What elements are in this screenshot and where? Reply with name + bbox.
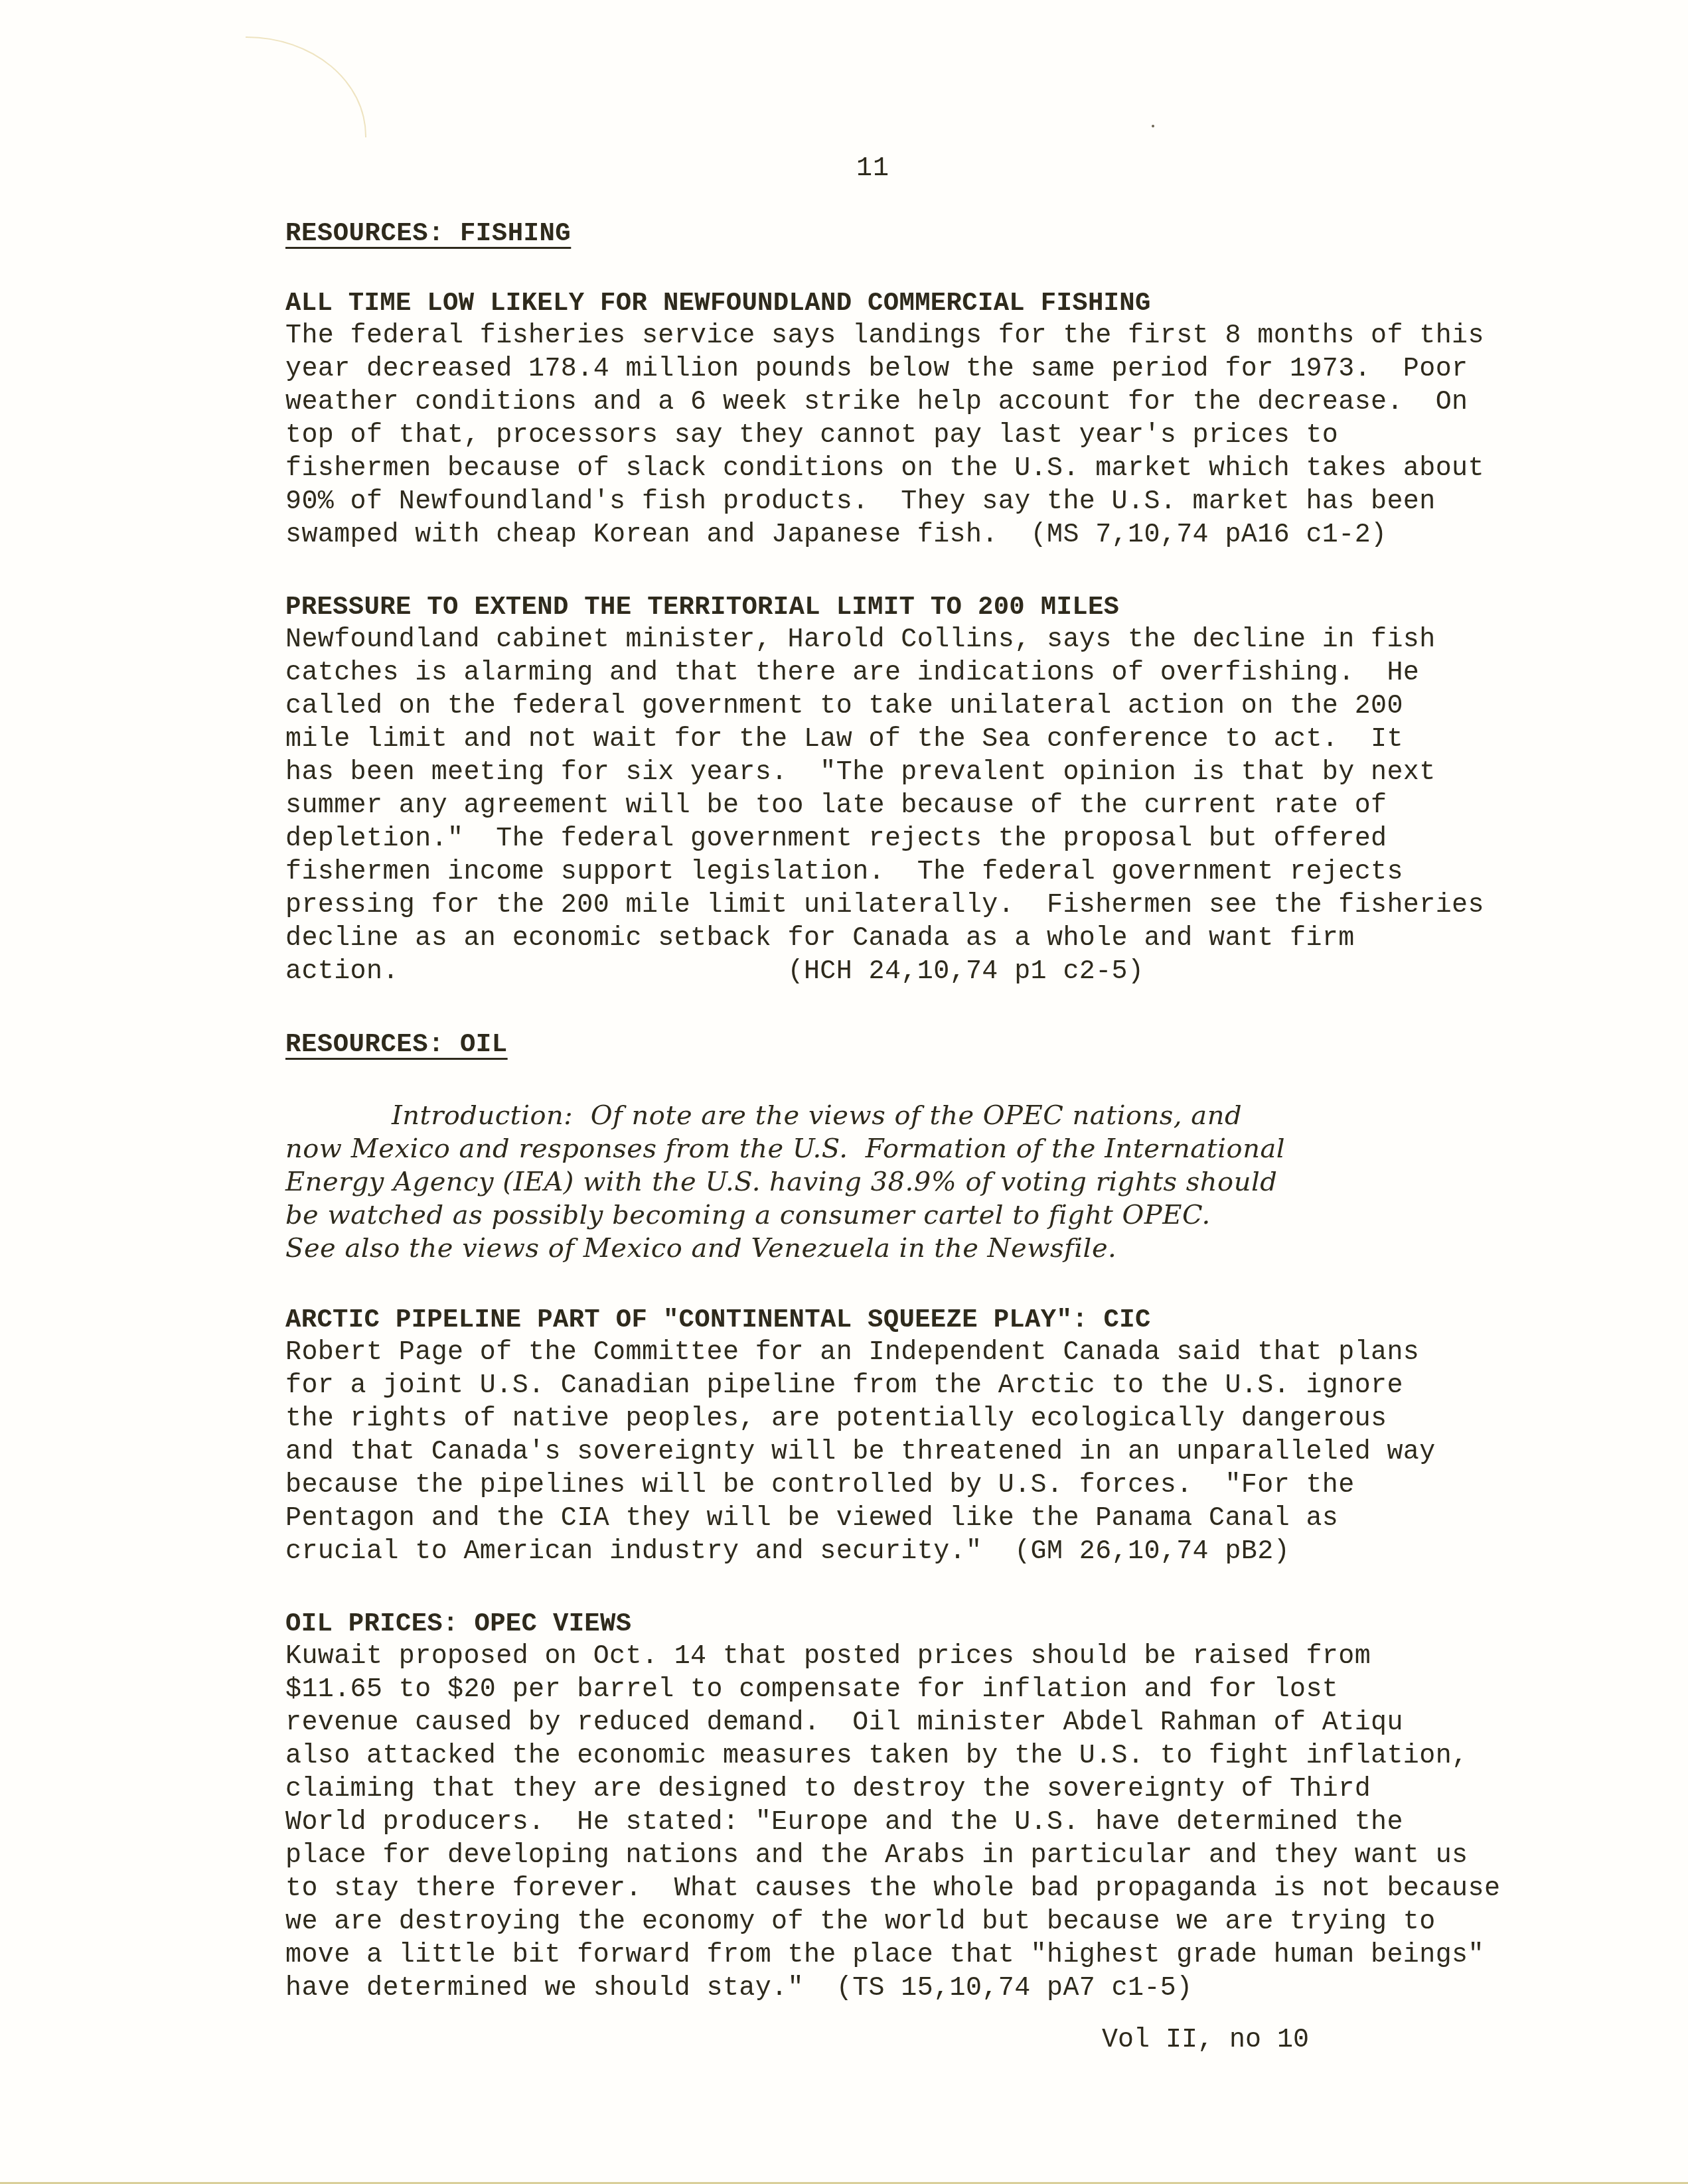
- text-line: move a little bit forward from the place…: [285, 1939, 1580, 1972]
- text-line: weather conditions and a 6 week strike h…: [285, 386, 1580, 419]
- section-introduction: Introduction: Of note are the views of t…: [285, 1099, 1580, 1265]
- text-line: place for developing nations and the Ara…: [285, 1840, 1580, 1873]
- text-line: because the pipelines will be controlled…: [285, 1469, 1580, 1502]
- intro-line: Energy Agency (IEA) with the U.S. having…: [285, 1165, 1580, 1199]
- intro-line: See also the views of Mexico and Venezue…: [285, 1232, 1580, 1265]
- section-heading: RESOURCES: FISHING: [285, 219, 571, 248]
- text-line: catches is alarming and that there are i…: [285, 657, 1580, 690]
- text-line: decline as an economic setback for Canad…: [285, 922, 1580, 956]
- text-line: called on the federal government to take…: [285, 690, 1580, 723]
- article-title: ALL TIME LOW LIKELY FOR NEWFOUNDLAND COM…: [285, 287, 1580, 320]
- section-resources-oil: RESOURCES: OIL Introduction: Of note are…: [285, 1030, 1580, 2005]
- text-line: for a joint U.S. Canadian pipeline from …: [285, 1370, 1580, 1403]
- text-line-citation: have determined we should stay." (TS 15,…: [285, 1972, 1580, 2005]
- text-line: fishermen income support legislation. Th…: [285, 856, 1580, 889]
- article-title: OIL PRICES: OPEC VIEWS: [285, 1607, 1580, 1640]
- intro-line: Introduction: Of note are the views of t…: [285, 1099, 1580, 1132]
- section-heading: RESOURCES: OIL: [285, 1030, 508, 1059]
- article-body: The federal fisheries service says landi…: [285, 320, 1580, 552]
- text-line-citation: action. (HCH 24,10,74 p1 c2-5): [285, 956, 1580, 989]
- article-body: Robert Page of the Committee for an Inde…: [285, 1337, 1580, 1569]
- article-body: Newfoundland cabinet minister, Harold Co…: [285, 624, 1580, 989]
- intro-line: now Mexico and responses from the U.S. F…: [285, 1132, 1580, 1165]
- article-body: Kuwait proposed on Oct. 14 that posted p…: [285, 1640, 1580, 2005]
- text-line: The federal fisheries service says landi…: [285, 320, 1580, 353]
- section-resources-fishing: RESOURCES: FISHING ALL TIME LOW LIKELY F…: [285, 219, 1580, 989]
- intro-line: be watched as possibly becoming a consum…: [285, 1199, 1580, 1232]
- text-line: Kuwait proposed on Oct. 14 that posted p…: [285, 1640, 1580, 1674]
- text-line: summer any agreement will be too late be…: [285, 790, 1580, 823]
- text-line: we are destroying the economy of the wor…: [285, 1906, 1580, 1939]
- text-line: the rights of native peoples, are potent…: [285, 1403, 1580, 1436]
- text-line: depletion." The federal government rejec…: [285, 823, 1580, 856]
- text-line: revenue caused by reduced demand. Oil mi…: [285, 1707, 1580, 1740]
- volume-footer: Vol II, no 10: [1102, 2025, 1309, 2055]
- article-all-time-low: ALL TIME LOW LIKELY FOR NEWFOUNDLAND COM…: [285, 287, 1580, 552]
- document-body: RESOURCES: FISHING ALL TIME LOW LIKELY F…: [285, 219, 1580, 2005]
- text-line: pressing for the 200 mile limit unilater…: [285, 889, 1580, 922]
- article-oil-prices-opec: OIL PRICES: OPEC VIEWS Kuwait proposed o…: [285, 1607, 1580, 2005]
- text-line: year decreased 178.4 million pounds belo…: [285, 353, 1580, 386]
- article-title: ARCTIC PIPELINE PART OF "CONTINENTAL SQU…: [285, 1303, 1580, 1337]
- text-line: and that Canada's sovereignty will be th…: [285, 1436, 1580, 1469]
- paper-fold-mark: [246, 36, 366, 137]
- text-line: to stay there forever. What causes the w…: [285, 1873, 1580, 1906]
- text-line-citation: swamped with cheap Korean and Japanese f…: [285, 519, 1580, 552]
- article-arctic-pipeline: ARCTIC PIPELINE PART OF "CONTINENTAL SQU…: [285, 1303, 1580, 1569]
- text-line: top of that, processors say they cannot …: [285, 419, 1580, 453]
- text-line: World producers. He stated: "Europe and …: [285, 1806, 1580, 1840]
- text-line: has been meeting for six years. "The pre…: [285, 757, 1580, 790]
- text-line-citation: crucial to American industry and securit…: [285, 1536, 1580, 1569]
- article-title: PRESSURE TO EXTEND THE TERRITORIAL LIMIT…: [285, 591, 1580, 624]
- text-line: Newfoundland cabinet minister, Harold Co…: [285, 624, 1580, 657]
- paper-speck: [1152, 125, 1154, 127]
- text-line: 90% of Newfoundland's fish products. The…: [285, 486, 1580, 519]
- text-line: also attacked the economic measures take…: [285, 1740, 1580, 1773]
- text-line: Pentagon and the CIA they will be viewed…: [285, 1502, 1580, 1536]
- text-line: mile limit and not wait for the Law of t…: [285, 723, 1580, 757]
- article-territorial-limit: PRESSURE TO EXTEND THE TERRITORIAL LIMIT…: [285, 591, 1580, 989]
- text-line: claiming that they are designed to destr…: [285, 1773, 1580, 1806]
- text-line: fishermen because of slack conditions on…: [285, 453, 1580, 486]
- text-line: Robert Page of the Committee for an Inde…: [285, 1337, 1580, 1370]
- text-line: $11.65 to $20 per barrel to compensate f…: [285, 1674, 1580, 1707]
- page-number: 11: [856, 154, 889, 184]
